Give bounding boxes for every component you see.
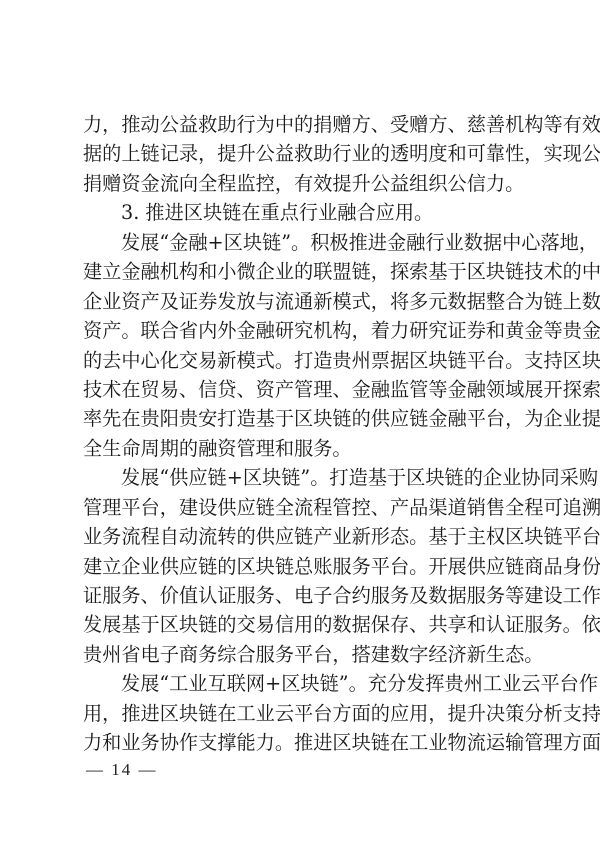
paragraph-supply-chain-blockchain: 发展“供应链+区块链”。打造基于区块链的企业协同采购 管理平台，建设供应链全流程… xyxy=(83,463,525,669)
text-line: 率先在贵阳贵安打造基于区块链的供应链金融平台，为企业提供 xyxy=(83,404,525,433)
text-line: 证服务、价值认证服务、电子合约服务及数据服务等建设工作， xyxy=(83,581,525,610)
text-line: 全生命周期的融资管理和服务。 xyxy=(83,434,525,463)
text-line: 发展基于区块链的交易信用的数据保存、共享和认证服务。依托 xyxy=(83,610,525,639)
section-heading: 3. 推进区块链在重点行业融合应用。 xyxy=(83,198,525,227)
text-line: 发展“金融+区块链”。积极推进金融行业数据中心落地， xyxy=(83,228,525,257)
text-line: 资产。联合省内外金融研究机构，着力研究证券和黄金等贵金属 xyxy=(83,316,525,345)
text-line: 据的上链记录，提升公益救助行业的透明度和可靠性，实现公益 xyxy=(83,139,525,168)
text-line: 企业资产及证券发放与流通新模式，将多元数据整合为链上数字 xyxy=(83,287,525,316)
text-line: 力，推动公益救助行为中的捐赠方、受赠方、慈善机构等有效数 xyxy=(83,110,525,139)
paragraph-industrial-internet-blockchain: 发展“工业互联网+区块链”。充分发挥贵州工业云平台作 用，推进区块链在工业云平台… xyxy=(83,669,525,757)
text-line: 贵州省电子商务综合服务平台，搭建数字经济新生态。 xyxy=(83,640,525,669)
text-line: 建立金融机构和小微企业的联盟链，探索基于区块链技术的中小 xyxy=(83,257,525,286)
text-line: 捐赠资金流向全程监控，有效提升公益组织公信力。 xyxy=(83,169,525,198)
heading-line: 3. 推进区块链在重点行业融合应用。 xyxy=(83,198,525,227)
paragraph-continued: 力，推动公益救助行为中的捐赠方、受赠方、慈善机构等有效数 据的上链记录，提升公益… xyxy=(83,110,525,198)
text-line: 用，推进区块链在工业云平台方面的应用，提升决策分析支持能 xyxy=(83,699,525,728)
document-body: 力，推动公益救助行为中的捐赠方、受赠方、慈善机构等有效数 据的上链记录，提升公益… xyxy=(83,110,525,758)
text-line: 技术在贸易、信贷、资产管理、金融监管等金融领域展开探索， xyxy=(83,375,525,404)
page-number: — 14 — xyxy=(86,760,158,780)
text-line: 的去中心化交易新模式。打造贵州票据区块链平台。支持区块链 xyxy=(83,346,525,375)
text-line: 建立企业供应链的区块链总账服务平台。开展供应链商品身份认 xyxy=(83,552,525,581)
text-line: 业务流程自动流转的供应链产业新形态。基于主权区块链平台， xyxy=(83,522,525,551)
text-line: 管理平台，建设供应链全流程管控、产品渠道销售全程可追溯、 xyxy=(83,493,525,522)
text-line: 发展“供应链+区块链”。打造基于区块链的企业协同采购 xyxy=(83,463,525,492)
paragraph-finance-blockchain: 发展“金融+区块链”。积极推进金融行业数据中心落地， 建立金融机构和小微企业的联… xyxy=(83,228,525,464)
text-line: 发展“工业互联网+区块链”。充分发挥贵州工业云平台作 xyxy=(83,669,525,698)
text-line: 力和业务协作支撑能力。推进区块链在工业物流运输管理方面的 xyxy=(83,728,525,757)
